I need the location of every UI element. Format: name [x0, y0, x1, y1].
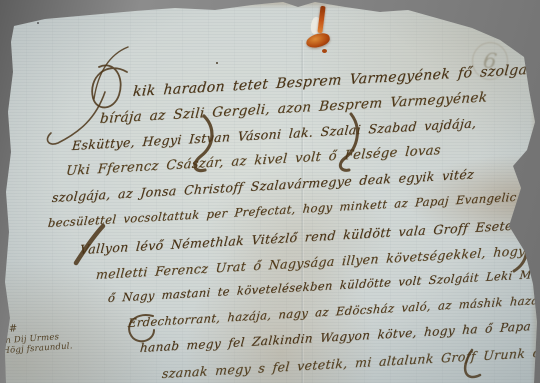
ink-speck — [346, 4, 349, 7]
wax-seal-blob — [305, 32, 331, 50]
ink-speck — [216, 62, 218, 64]
wax-seal-dot — [322, 49, 327, 53]
paper-sheet: 6 kik haradon tetet Besprem Varmegyének … — [0, 0, 540, 383]
margin-note-mark: # — [9, 323, 18, 335]
ink-speck — [37, 22, 39, 24]
scanned-manuscript-page: 6 kik haradon tetet Besprem Varmegyének … — [0, 0, 540, 383]
margin-note: # In Dij Urmes Högj fsraundul. — [1, 326, 152, 356]
ink-speck — [221, 1, 224, 4]
wax-seal-streak — [317, 6, 325, 33]
wax-seal-icon — [300, 5, 346, 63]
